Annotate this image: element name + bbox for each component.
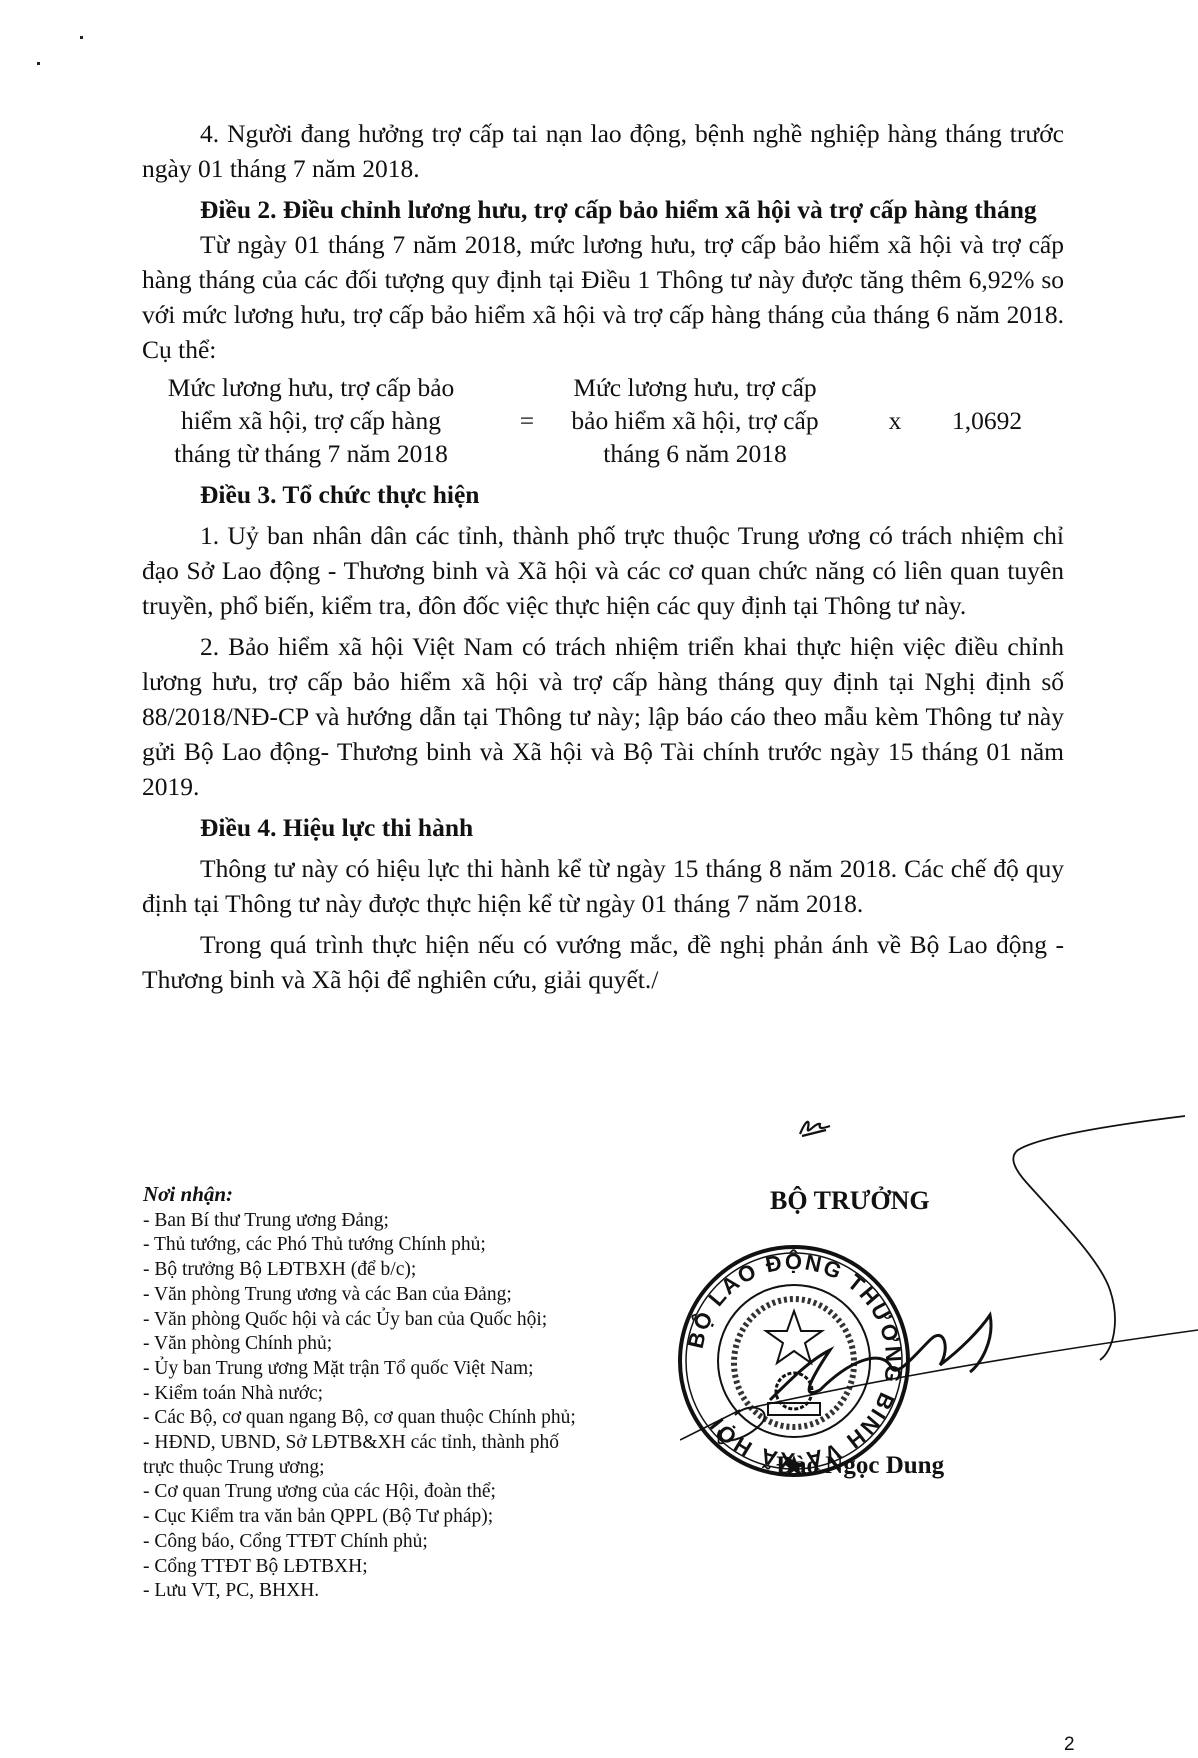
recipient-item: - Cơ quan Trung ương của các Hội, đoàn t… bbox=[143, 1480, 643, 1505]
recipient-item: - Thủ tướng, các Phó Thủ tướng Chính phủ… bbox=[143, 1233, 643, 1258]
handwritten-signature-icon bbox=[680, 1100, 1198, 1480]
adjustment-formula: Mức lương hưu, trợ cấp bảo hiểm xã hội, … bbox=[142, 371, 1064, 477]
article-2-body: Từ ngày 01 tháng 7 năm 2018, mức lương h… bbox=[142, 227, 1064, 367]
recipients-list: Nơi nhận: - Ban Bí thư Trung ương Đảng;-… bbox=[143, 1182, 643, 1604]
article-3-item-2: 2. Bảo hiểm xã hội Việt Nam có trách nhi… bbox=[142, 629, 1064, 804]
recipient-item: - Bộ trưởng Bộ LĐTBXH (để b/c); bbox=[143, 1258, 643, 1283]
scan-speck bbox=[80, 36, 83, 39]
article-3-heading: Điều 3. Tổ chức thực hiện bbox=[142, 477, 1064, 512]
page-number: 2 bbox=[1064, 1734, 1075, 1756]
formula-lhs-line: tháng từ tháng 7 năm 2018 bbox=[166, 437, 456, 470]
document-body: 4. Người đang hưởng trợ cấp tai nạn lao … bbox=[142, 116, 1064, 997]
formula-lhs: Mức lương hưu, trợ cấp bảo hiểm xã hội, … bbox=[166, 371, 456, 470]
formula-times: x bbox=[880, 404, 910, 437]
article-4-heading: Điều 4. Hiệu lực thi hành bbox=[142, 810, 1064, 845]
recipient-item: trực thuộc Trung ương; bbox=[143, 1456, 643, 1481]
formula-rhs-line: Mức lương hưu, trợ cấp bbox=[555, 371, 835, 404]
formula-rhs-line: tháng 6 năm 2018 bbox=[555, 437, 835, 470]
recipient-item: - Cổng TTĐT Bộ LĐTBXH; bbox=[143, 1555, 643, 1580]
recipient-item: - Văn phòng Trung ương và các Ban của Đả… bbox=[143, 1283, 643, 1308]
recipient-item: - Các Bộ, cơ quan ngang Bộ, cơ quan thuộ… bbox=[143, 1406, 643, 1431]
recipient-item: - Ủy ban Trung ương Mặt trận Tổ quốc Việ… bbox=[143, 1357, 643, 1382]
recipient-item: - Văn phòng Chính phủ; bbox=[143, 1332, 643, 1357]
article-4-body-2: Trong quá trình thực hiện nếu có vướng m… bbox=[142, 927, 1064, 997]
formula-equals: = bbox=[512, 404, 542, 437]
recipients-title: Nơi nhận: bbox=[143, 1182, 643, 1207]
article-2-heading: Điều 2. Điều chỉnh lương hưu, trợ cấp bả… bbox=[142, 192, 1064, 227]
formula-rhs-line: bảo hiểm xã hội, trợ cấp bbox=[555, 404, 835, 437]
recipient-item: - Kiểm toán Nhà nước; bbox=[143, 1382, 643, 1407]
article-4-body-1: Thông tư này có hiệu lực thi hành kể từ … bbox=[142, 851, 1064, 921]
formula-factor: 1,0692 bbox=[932, 404, 1042, 437]
recipient-items: - Ban Bí thư Trung ương Đảng;- Thủ tướng… bbox=[143, 1209, 643, 1604]
scan-speck bbox=[37, 62, 40, 65]
signer-name: Đào Ngọc Dung bbox=[776, 1452, 944, 1480]
paragraph-item-4: 4. Người đang hưởng trợ cấp tai nạn lao … bbox=[142, 116, 1064, 186]
recipient-item: - Công báo, Cổng TTĐT Chính phủ; bbox=[143, 1530, 643, 1555]
formula-lhs-line: Mức lương hưu, trợ cấp bảo bbox=[166, 371, 456, 404]
formula-lhs-line: hiểm xã hội, trợ cấp hàng bbox=[166, 404, 456, 437]
article-3-item-1: 1. Uỷ ban nhân dân các tỉnh, thành phố t… bbox=[142, 518, 1064, 623]
recipient-item: - Văn phòng Quốc hội và các Ủy ban của Q… bbox=[143, 1308, 643, 1333]
recipient-item: - Ban Bí thư Trung ương Đảng; bbox=[143, 1209, 643, 1234]
recipient-item: - Lưu VT, PC, BHXH. bbox=[143, 1579, 643, 1604]
recipient-item: - Cục Kiểm tra văn bản QPPL (Bộ Tư pháp)… bbox=[143, 1505, 643, 1530]
recipient-item: - HĐND, UBND, Sở LĐTB&XH các tỉnh, thành… bbox=[143, 1431, 643, 1456]
document-page: 4. Người đang hưởng trợ cấp tai nạn lao … bbox=[0, 0, 1198, 1758]
formula-rhs: Mức lương hưu, trợ cấp bảo hiểm xã hội, … bbox=[555, 371, 835, 470]
